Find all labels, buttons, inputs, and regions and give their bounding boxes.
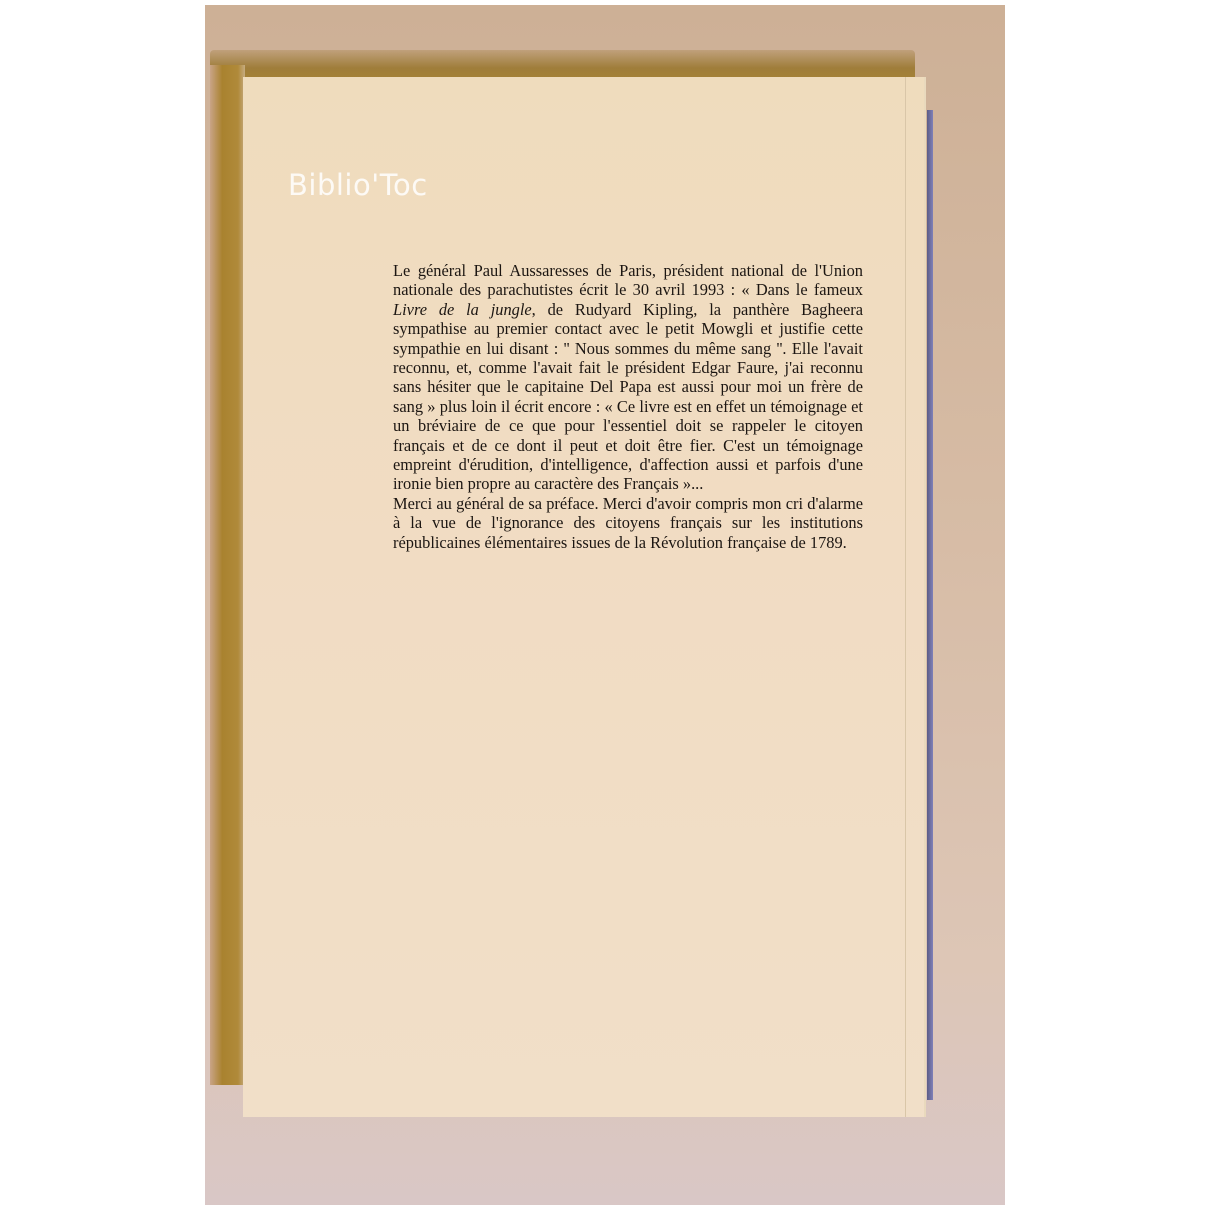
book-title-italic: Livre de la jungle bbox=[393, 300, 532, 319]
book-spine-edge bbox=[927, 110, 933, 1100]
watermark-logo: Biblio'Toc bbox=[288, 168, 428, 202]
page-edge bbox=[905, 77, 906, 1117]
book-photo: Le général Paul Aussaresses de Paris, pr… bbox=[205, 5, 1005, 1205]
blurb-paragraph-2: Merci au général de sa préface. Merci d'… bbox=[393, 494, 863, 552]
book-back-cover: Le général Paul Aussaresses de Paris, pr… bbox=[243, 77, 926, 1117]
back-cover-blurb: Le général Paul Aussaresses de Paris, pr… bbox=[393, 261, 863, 552]
book-shadow-left bbox=[210, 65, 245, 1085]
book-shadow-top bbox=[210, 50, 915, 80]
blurb-text: , de Rudyard Kipling, la panthère Baghee… bbox=[393, 300, 863, 494]
blurb-text: Le général Paul Aussaresses de Paris, pr… bbox=[393, 261, 863, 299]
blurb-paragraph-1: Le général Paul Aussaresses de Paris, pr… bbox=[393, 261, 863, 494]
